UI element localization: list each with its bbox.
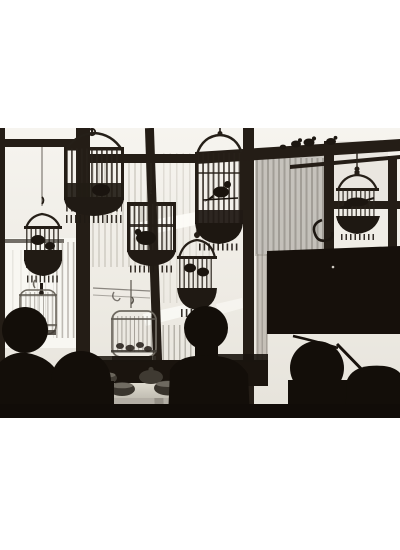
page-background: Black-and-white photograph inside a teah… [0, 0, 400, 550]
bird-in-cage [213, 187, 229, 198]
bird-in-cage [184, 264, 196, 273]
bottom-shadow-strip [0, 404, 400, 418]
photo-canvas [0, 128, 400, 418]
bird-in-cage [92, 184, 110, 196]
frame-rail-left [76, 154, 202, 163]
lidded-pot [139, 370, 163, 384]
frame-rail-top-left [0, 139, 78, 147]
white-speck [332, 266, 335, 269]
frame-mullion-thick [76, 128, 90, 370]
bird-in-cage [31, 235, 45, 245]
bird-in-cage [116, 343, 124, 349]
photograph: Black-and-white photograph inside a teah… [0, 128, 400, 418]
